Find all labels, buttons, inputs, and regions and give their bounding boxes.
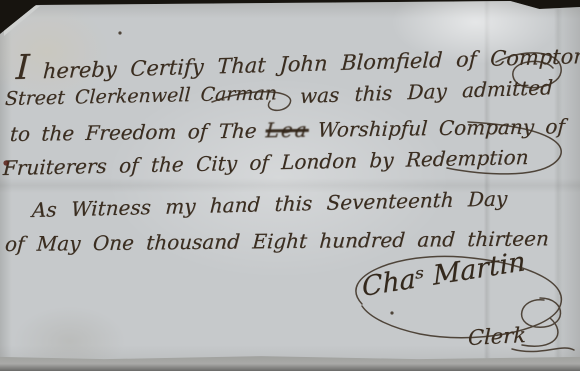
- certificate-paper: I hereby Certify That John Blomfield of …: [0, 0, 580, 371]
- line-3-prefix: to the Freedom of The: [9, 119, 257, 146]
- clerk-signature: Chaˢ Martin: [361, 246, 526, 303]
- struck-out-word: Lea: [265, 118, 309, 143]
- certificate-line-6: of May One thousand Eight hundred and th…: [4, 226, 549, 256]
- certificate-line-3: to the Freedom of TheLeaWorshipful Compa…: [9, 114, 570, 146]
- certificate-line-2-left: Street Clerkenwell Carman: [4, 82, 277, 110]
- certificate-line-2-right: was this Day admitted: [300, 75, 554, 108]
- document-scan: I hereby Certify That John Blomfield of …: [0, 0, 580, 371]
- folded-corner: [4, 6, 40, 36]
- certificate-line-5: As Witness my hand this Seventeenth Day: [31, 186, 507, 222]
- certificate-line-4: Fruiterers of the City of London by Rede…: [2, 145, 529, 180]
- clerk-title: Clerk: [468, 323, 526, 350]
- line-3-suffix: Worshipful Company of: [317, 114, 566, 141]
